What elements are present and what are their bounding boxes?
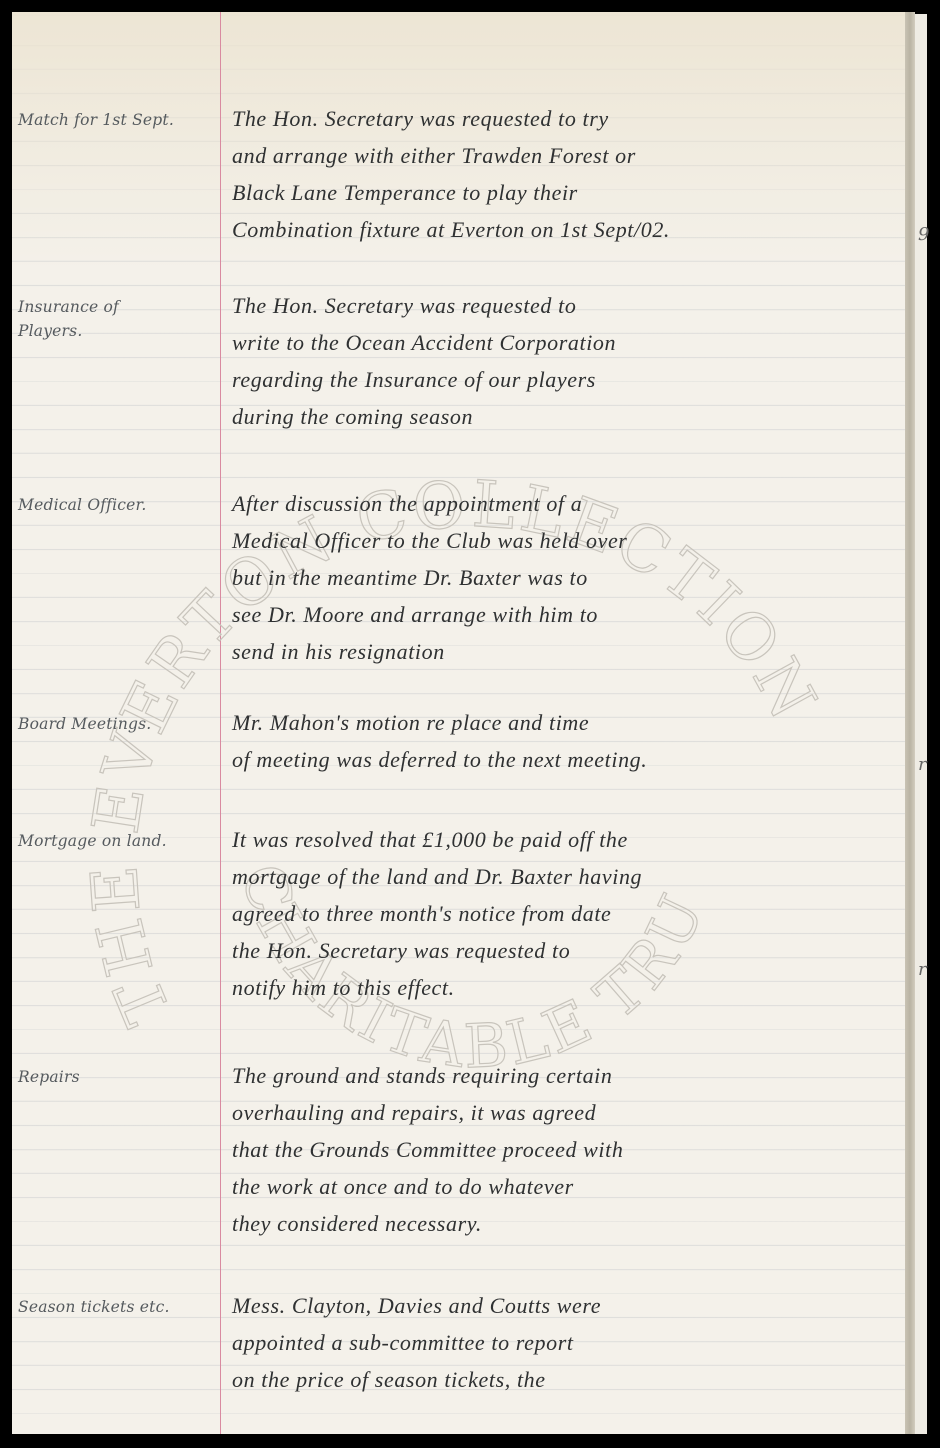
body-line: that the Grounds Committee proceed with <box>232 1131 904 1168</box>
entry-label: Insurance of Players. <box>18 295 138 343</box>
body-line: Black Lane Temperance to play their <box>232 174 904 211</box>
body-line: write to the Ocean Accident Corporation <box>232 324 904 361</box>
entry-body: The ground and stands requiring certain … <box>232 1057 904 1242</box>
body-line: mortgage of the land and Dr. Baxter havi… <box>232 858 904 895</box>
body-line: the work at once and to do whatever <box>232 1168 904 1205</box>
entry-body: Mr. Mahon's motion re place and time of … <box>232 704 904 778</box>
adjacent-page-mark: 9 <box>918 224 929 245</box>
adjacent-page-edge: 9 r r <box>915 14 927 1434</box>
margin-rule <box>220 12 221 1434</box>
body-line: but in the meantime Dr. Baxter was to <box>232 559 904 596</box>
body-line: The ground and stands requiring certain <box>232 1057 904 1094</box>
entry-label: Match for 1st Sept. <box>18 108 218 132</box>
adjacent-page-mark: r <box>918 754 927 775</box>
adjacent-page-mark: r <box>918 959 927 980</box>
body-line: during the coming season <box>232 398 904 435</box>
body-line: Combination fixture at Everton on 1st Se… <box>232 211 904 248</box>
body-line: the Hon. Secretary was requested to <box>232 932 904 969</box>
body-line: on the price of season tickets, the <box>232 1361 904 1398</box>
body-line: The Hon. Secretary was requested to try <box>232 100 904 137</box>
entry-label: Medical Officer. <box>18 493 218 517</box>
body-line: they considered necessary. <box>232 1205 904 1242</box>
body-line: After discussion the appointment of a <box>232 485 904 522</box>
entry-label: Board Meetings. <box>18 712 218 736</box>
entry-label: Mortgage on land. <box>18 829 218 853</box>
body-line: Medical Officer to the Club was held ove… <box>232 522 904 559</box>
body-line: The Hon. Secretary was requested to <box>232 287 904 324</box>
body-line: It was resolved that £1,000 be paid off … <box>232 821 904 858</box>
entry-body: The Hon. Secretary was requested to writ… <box>232 287 904 435</box>
body-line: Mess. Clayton, Davies and Coutts were <box>232 1287 904 1324</box>
body-line: notify him to this effect. <box>232 969 904 1006</box>
body-line: see Dr. Moore and arrange with him to <box>232 596 904 633</box>
body-line: and arrange with either Trawden Forest o… <box>232 137 904 174</box>
entry-body: After discussion the appointment of a Me… <box>232 485 904 670</box>
body-line: of meeting was deferred to the next meet… <box>232 741 904 778</box>
entry-body: It was resolved that £1,000 be paid off … <box>232 821 904 1006</box>
body-line: overhauling and repairs, it was agreed <box>232 1094 904 1131</box>
entry-label: Season tickets etc. <box>18 1295 218 1319</box>
ledger-page: THE EVERTON COLLECTION CHARITABLE TRUST … <box>12 12 905 1434</box>
body-line: Mr. Mahon's motion re place and time <box>232 704 904 741</box>
entry-body: Mess. Clayton, Davies and Coutts were ap… <box>232 1287 904 1398</box>
entry-body: The Hon. Secretary was requested to try … <box>232 100 904 248</box>
body-line: agreed to three month's notice from date <box>232 895 904 932</box>
body-line: appointed a sub-committee to report <box>232 1324 904 1361</box>
entry-label: Repairs <box>18 1065 218 1089</box>
book-gutter <box>905 12 915 1434</box>
body-line: send in his resignation <box>232 633 904 670</box>
body-line: regarding the Insurance of our players <box>232 361 904 398</box>
